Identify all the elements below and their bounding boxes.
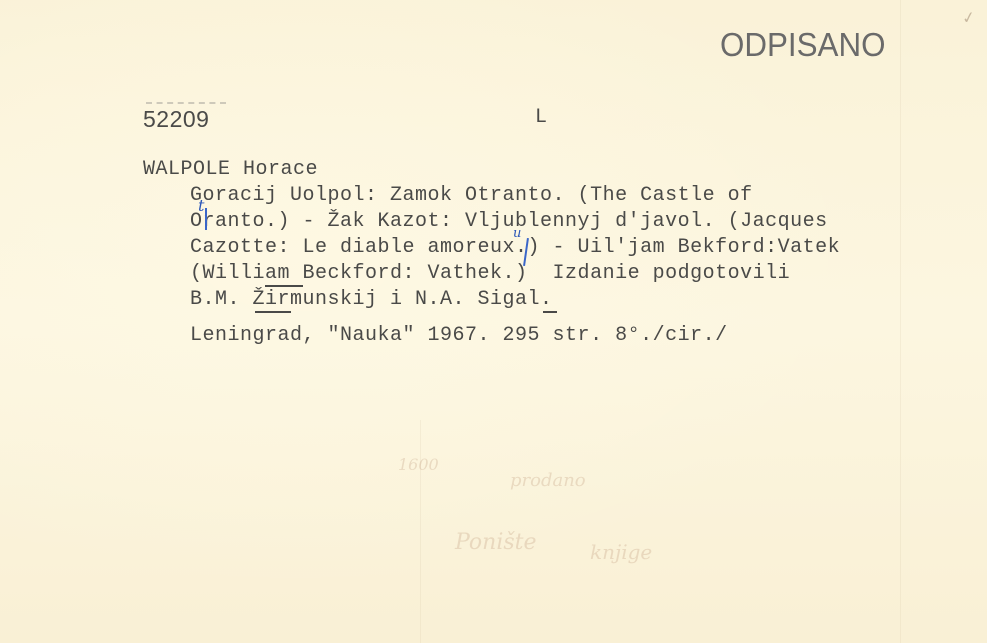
title-line-2: Oranto.) - Žak Kazot: Vljublennyj d'javo… [190, 209, 828, 235]
call-number: 52209 [143, 106, 209, 132]
catalog-card: ODPISANO ✓ 52209 L WALPOLE Horace Goraci… [0, 0, 987, 643]
faded-note: prodano [510, 470, 586, 491]
location-code: L [535, 105, 548, 131]
paper-crease [900, 0, 901, 643]
paper-crease [420, 420, 421, 643]
handwritten-t-correction: t [198, 196, 204, 215]
handwritten-u-correction: u [513, 226, 521, 241]
faded-note: Ponište [455, 530, 537, 555]
underline-beckford [265, 285, 303, 287]
faded-note: 1600 [398, 455, 439, 474]
title-line-4: (William Beckford: Vathek.) Izdanie podg… [190, 261, 790, 287]
underline-zirmunskij [255, 311, 291, 313]
title-line-1: Goracij Uolpol: Zamok Otranto. (The Cast… [190, 183, 753, 209]
check-mark-icon: ✓ [960, 7, 977, 28]
author-heading: WALPOLE Horace [143, 157, 318, 183]
pen-stroke [205, 208, 207, 230]
withdrawn-stamp: ODPISANO [720, 26, 885, 64]
title-line-5: B.M. Žirmunskij i N.A. Sigal. [190, 287, 553, 313]
imprint-line: Leningrad, "Nauka" 1967. 295 str. 8°./ci… [190, 323, 728, 349]
underline-sigal [543, 311, 557, 313]
faded-note: knjige [590, 540, 652, 564]
